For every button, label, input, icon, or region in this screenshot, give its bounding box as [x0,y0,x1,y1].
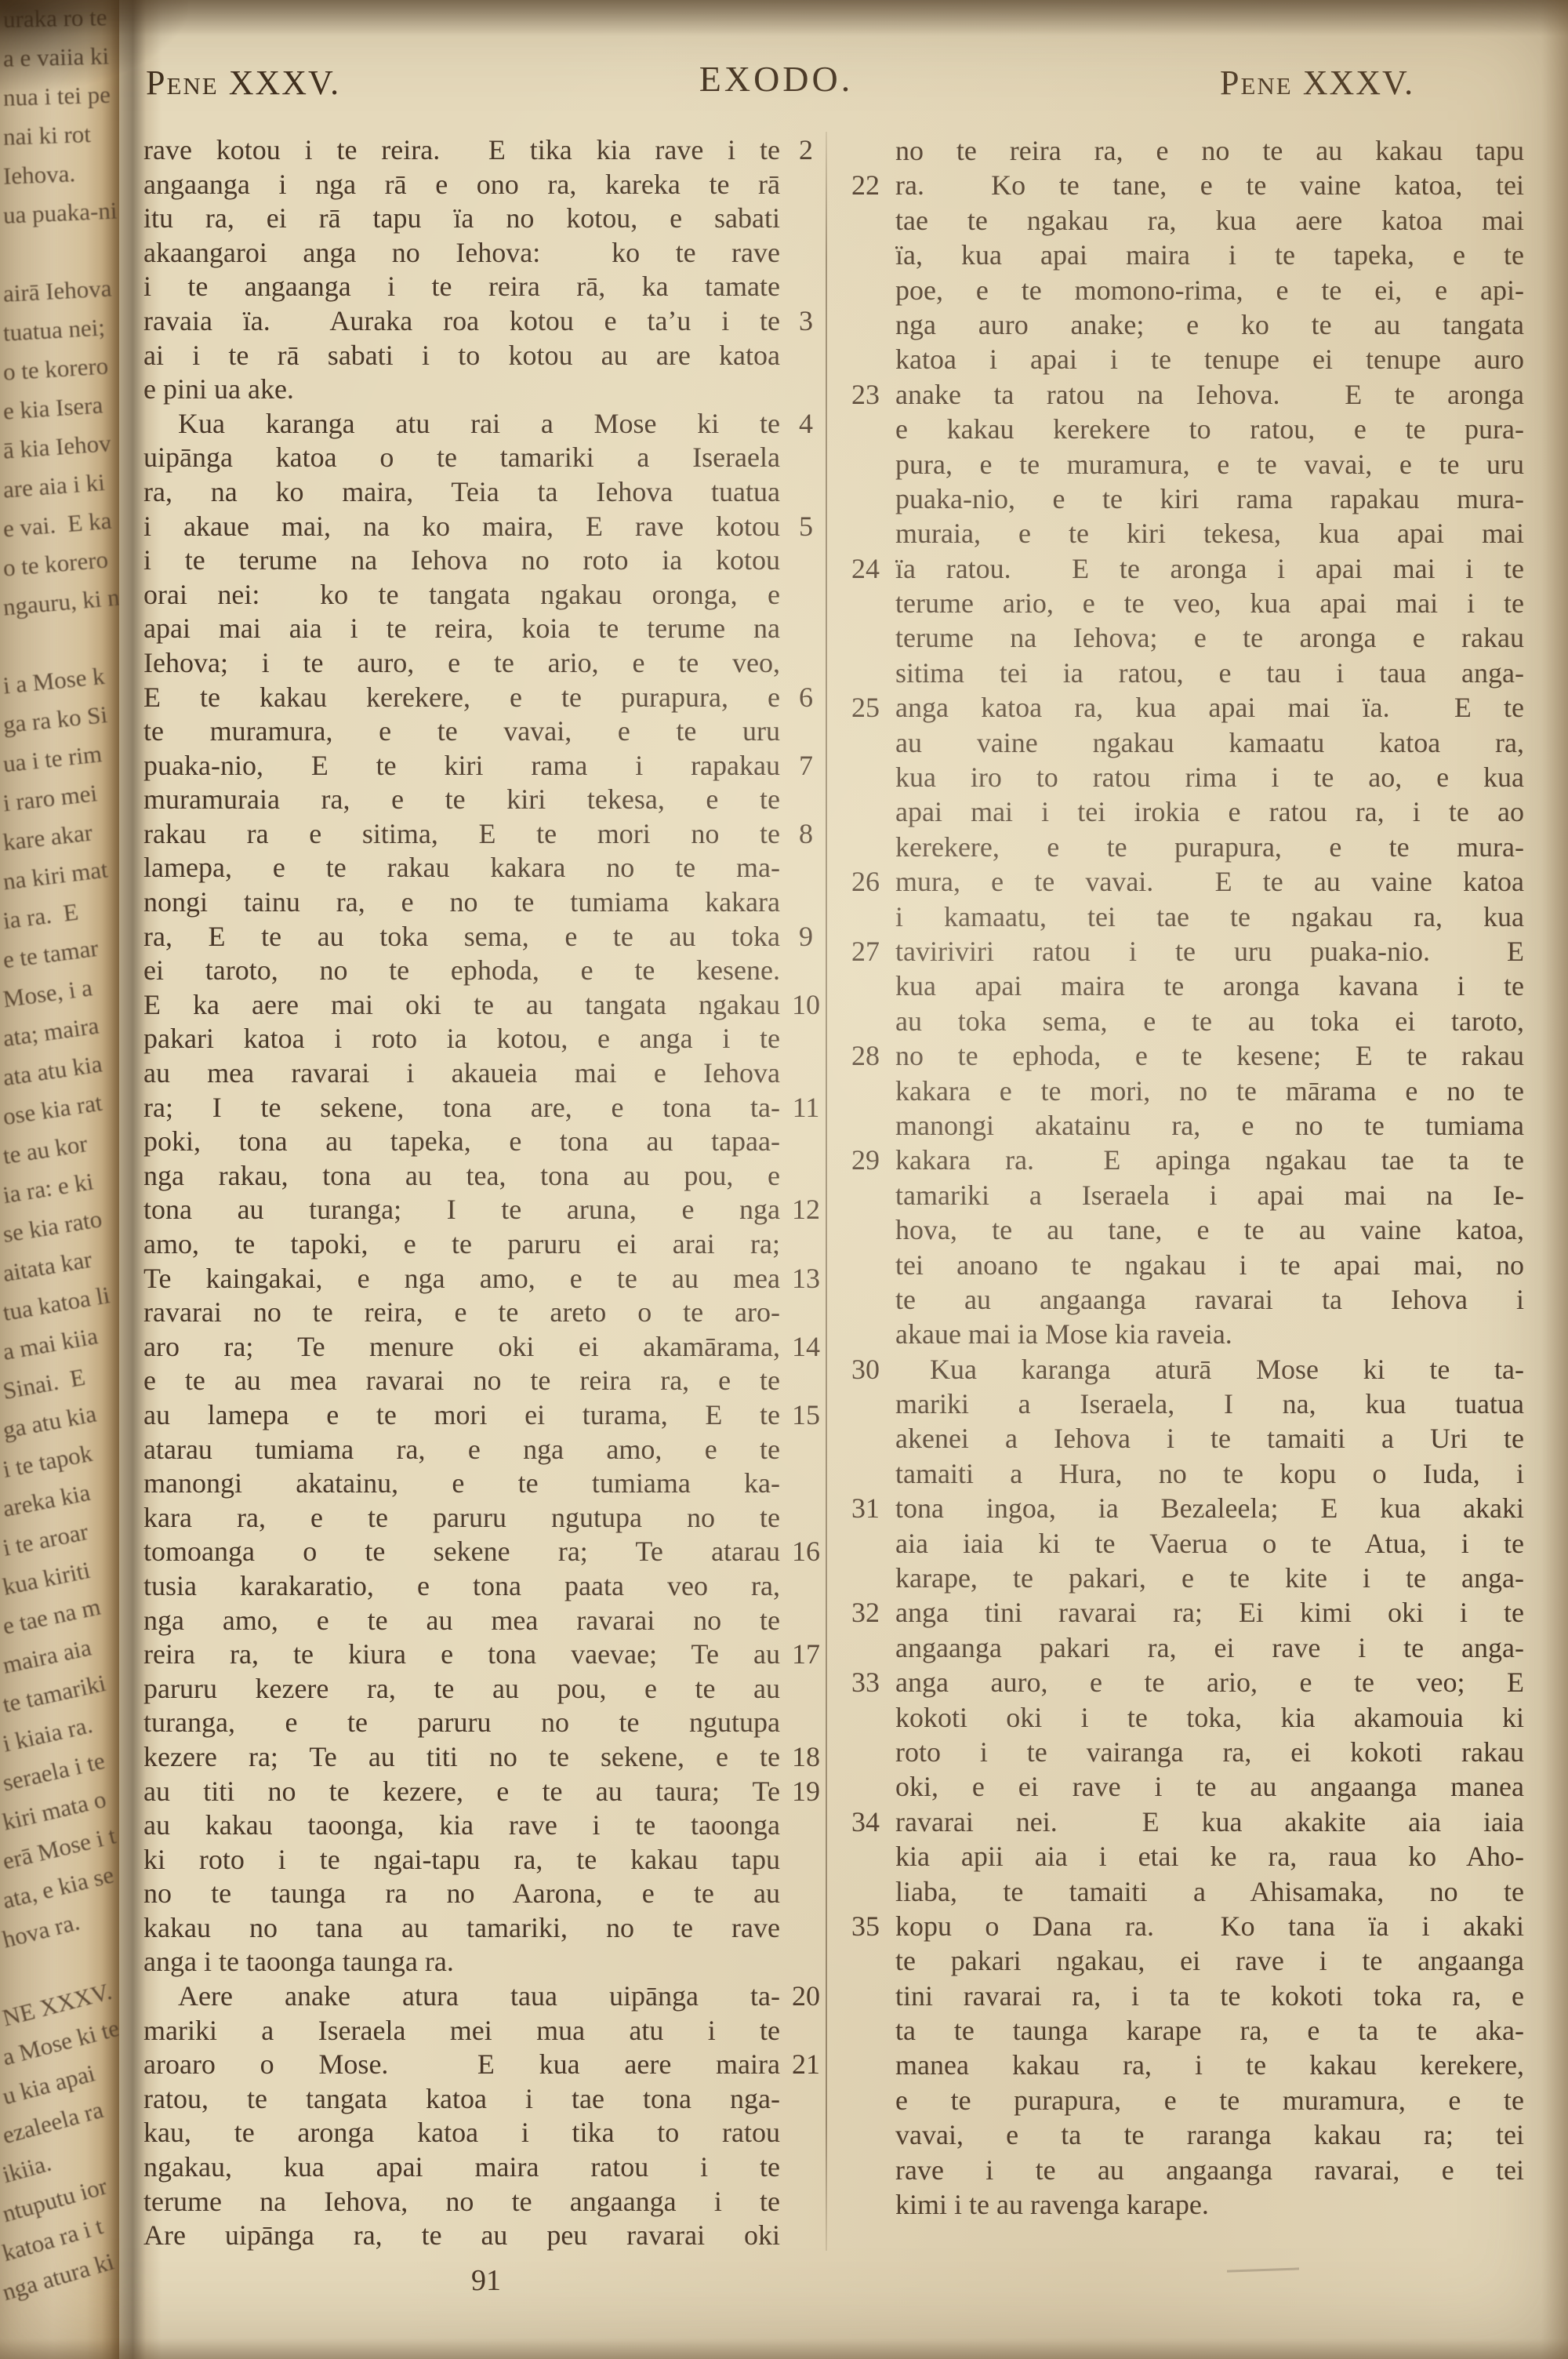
text-line: aia iaia ki te Vaerua o te Atua, i te [851,1526,1524,1561]
text-line: liaba, te tamaiti a Ahisamaka, no te [851,1874,1524,1909]
text-line: e te purapura, e te muramura, e te [851,2083,1524,2117]
verse-number: 15 [780,1398,832,1433]
verse-text: kakau no tana au tamariki, no te rave [143,1911,780,1946]
verse-number: 23 [851,377,895,412]
text-line: puaka-nio, E te kiri rama i rapakau7 [143,749,832,783]
verse-text: uipānga katoa o te tamariki a Iseraela [143,441,780,475]
verse-number [780,885,832,920]
verse-number: 4 [780,407,832,442]
text-line: ra, E te au toka sema, e te au toka9 [143,920,832,954]
verse-text: atarau tumiama ra, e nga amo, e te [143,1433,780,1467]
text-line: nga auro anake; e ko te au tangata [851,307,1524,342]
text-line: manongi akatainu, e te tumiama ka- [143,1467,832,1501]
verse-text: ra. Ko te tane, e te vaine katoa, tei [895,168,1524,202]
text-line: aro ra; Te menure oki ei akamārama,14 [143,1330,832,1365]
verse-text: tamaiti a Hura, no te kopu o Iuda, i [895,1456,1524,1491]
verse-text: i te terume na Iehova no roto ia kotou [143,543,780,578]
text-line: 22ra. Ko te tane, e te vaine katoa, tei [851,168,1524,202]
verse-number [851,794,895,829]
text-line: Iehova; i te auro, e te ario, e te veo, [143,646,832,681]
verse-number [780,1569,832,1604]
verse-number [851,482,895,516]
text-line: karape, te pakari, e te kite i te anga- [851,1561,1524,1595]
verse-text: ei taroto, no te ephoda, e te kesene. [143,954,780,988]
verse-text: anga auro, e te ario, e te veo; E [895,1665,1524,1699]
verse-text: au kakau taoonga, kia rave i te taoonga [143,1808,780,1843]
text-line: tamariki a Iseraela i apai mai na Ie- [851,1178,1524,1212]
text-line: te muramura, e te vavai, e te uru [143,714,832,749]
verse-number [851,238,895,272]
verse-text: terume na Iehova; e te aronga e rakau [895,620,1524,655]
verse-text: tona ingoa, ia Bezaleela; E kua akaki [895,1491,1524,1525]
text-line: reira ra, te kiura e tona vaevae; Te au1… [143,1637,832,1672]
verse-number [851,133,895,168]
verse-number: 35 [851,1909,895,1943]
verse-text: E ka aere mai oki te au tangata ngakau [143,988,780,1023]
verse-text: apai mai i tei irokia e ratou ra, i te a… [895,794,1524,829]
verse-text: te au angaanga ravarai ta Iehova i [895,1282,1524,1317]
verse-text: e te purapura, e te muramura, e te [895,2083,1524,2117]
text-line: katoa i apai i te tenupe ei tenupe auro [851,342,1524,376]
text-line: E te kakau kerekere, e te purapura, e6 [143,681,832,715]
verse-text: aroaro o Mose. E kua aere maira [143,2048,780,2082]
text-line: te au angaanga ravarai ta Iehova i [851,1282,1524,1317]
verse-number: 26 [851,864,895,899]
spine-text-fragment: ua puaka-ni [0,191,119,235]
verse-text: orai nei: ko te tangata ngakau oronga, e [143,578,780,612]
verse-text: katoa i apai i te tenupe ei tenupe auro [895,342,1524,376]
spine-text-fragment [0,230,119,274]
text-line: e kakau kerekere to ratou, e te pura- [851,412,1524,446]
verse-text: kua iro to ratou rima i te ao, e kua [895,760,1524,794]
verse-text: aia iaia ki te Vaerua o te Atua, i te [895,1526,1524,1561]
text-line: akaue mai ia Mose kia raveia. [851,1317,1524,1351]
verse-text: Kua karanga atu rai a Mose ki te [143,407,780,442]
text-line: aroaro o Mose. E kua aere maira21 [143,2048,832,2082]
verse-number [851,1108,895,1143]
text-line: 26mura, e te vavai. E te au vaine katoa [851,864,1524,899]
verse-number [780,236,832,271]
verse-number [851,2117,895,2152]
verse-number: 30 [851,1352,895,1387]
verse-number: 33 [851,1665,895,1699]
verse-text: kimi i te au ravenga karape. [895,2187,1524,2222]
verse-text: muraia, e te kiri tekesa, kua apai mai [895,516,1524,551]
text-line: kezere ra; Te au titi no te sekene, e te… [143,1740,832,1775]
verse-number: 16 [780,1535,832,1569]
verse-text: E te kakau kerekere, e te purapura, e [143,681,780,715]
text-line: 27taviriviri ratou i te uru puaka-nio. E [851,934,1524,969]
verse-number [780,646,832,681]
verse-text: au titi no te kezere, e te au taura; Te [143,1775,780,1809]
verse-number [851,2013,895,2048]
verse-text: Iehova; i te auro, e te ario, e te veo, [143,646,780,681]
text-line: rave kotou i te reira. E tika kia rave i… [143,133,832,168]
text-line: apai mai aia i te reira, koia te terume … [143,612,832,646]
verse-number [851,760,895,794]
spine-text-fragment: uraka ro te [0,0,119,39]
text-line: i akaue mai, na ko maira, E rave kotou5 [143,510,832,544]
verse-text: mariki a Iseraela, I na, kua tuatua [895,1387,1524,1421]
spine-text-fragment: nua i tei pe [0,75,119,118]
text-line: amo, te tapoki, e te paruru ei arai ra; [143,1227,832,1262]
verse-number: 34 [851,1805,895,1839]
verse-text: kara ra, e te paruru ngutupa no te [143,1501,780,1536]
text-line: ngakau, kua apai maira ratou i te [143,2150,832,2185]
spine-text-fragment: a e vaiia ki [0,36,119,78]
verse-text: e pini ua ake. [143,373,780,407]
text-line: Te kaingakai, e nga amo, e te au mea13 [143,1262,832,1296]
verse-text: au vaine ngakau kamaatu katoa ra, [895,725,1524,760]
text-line: pakari katoa i roto ia kotou, e anga i t… [143,1022,832,1056]
text-line: kara ra, e te paruru ngutupa no te [143,1501,832,1536]
verse-text: muramuraia ra, e te kiri tekesa, e te [143,783,780,817]
verse-text: Aere anake atura taua uipānga ta- [143,1979,780,2014]
verse-number [851,830,895,864]
text-line: mariki a Iseraela mei mua atu i te [143,2014,832,2048]
verse-text: kerekere, e te purapura, e te mura- [895,830,1524,864]
text-line: terume ario, e te veo, kua apai mai i te [851,586,1524,620]
verse-text: anga katoa ra, kua apai mai ïa. E te [895,690,1524,725]
spine-text-fragment: Iehova. [0,152,119,196]
verse-number: 19 [780,1775,832,1809]
verse-text: nga amo, e te au mea ravarai no te [143,1604,780,1638]
text-line: nongi tainu ra, e no te tumiama kakara [143,885,832,920]
verse-number [780,714,832,749]
verse-text: akenei a Iehova i te tamaiti a Uri te [895,1421,1524,1456]
verse-text: karape, te pakari, e te kite i te anga- [895,1561,1524,1595]
text-line: kakau no tana au tamariki, no te rave [143,1911,832,1946]
text-line: mariki a Iseraela, I na, kua tuatua [851,1387,1524,1421]
text-line: e pini ua ake. [143,373,832,407]
text-line: tomoanga o te sekene ra; Te atarau16 [143,1535,832,1569]
verse-number [851,2048,895,2082]
verse-number [851,2153,895,2187]
text-line: tamaiti a Hura, no te kopu o Iuda, i [851,1456,1524,1491]
verse-text: akaue mai ia Mose kia raveia. [895,1317,1524,1351]
verse-text: anga i te taoonga taunga ra. [143,1945,780,1979]
verse-text: manongi akatainu, e te tumiama ka- [143,1467,780,1501]
text-line: au toka sema, e te au toka ei taroto, [851,1004,1524,1038]
verse-text: ra, na ko maira, Teia ta Iehova tuatua [143,475,780,510]
verse-number: 10 [780,988,832,1023]
stray-mark [1227,2267,1299,2272]
text-line: 30Kua karanga aturā Mose ki te ta- [851,1352,1524,1387]
text-line: 34ravarai nei. E kua akakite aia iaia [851,1805,1524,1839]
text-line: kimi i te au ravenga karape. [851,2187,1524,2222]
verse-text: poki, tona au tapeka, e tona au tapaa- [143,1125,780,1159]
text-line: ta te taunga karape ra, e ta te aka- [851,2013,1524,2048]
top-edge-shadow [0,0,1568,36]
verse-number [780,1022,832,1056]
verse-number: 21 [780,2048,832,2082]
text-line: ravaia ïa. Auraka roa kotou e ta’u i te3 [143,304,832,339]
text-line: 25anga katoa ra, kua apai mai ïa. E te [851,690,1524,725]
verse-number [851,2187,895,2222]
text-line: ra; I te sekene, tona are, e tona ta-11 [143,1091,832,1125]
text-line: muramuraia ra, e te kiri tekesa, e te [143,783,832,817]
verse-number: 7 [780,749,832,783]
verse-number: 9 [780,920,832,954]
verse-number [780,1843,832,1877]
verse-number [780,1604,832,1638]
verse-number [851,1421,895,1456]
text-line: kua apai maira te aronga kavana i te [851,969,1524,1003]
verse-text: tei anoano te ngakau i te apai mai, no [895,1248,1524,1282]
verse-text: nga auro anake; e ko te au tangata [895,307,1524,342]
verse-text: tusia karakaratio, e tona paata veo ra, [143,1569,780,1604]
verse-number [851,273,895,307]
text-line: sitima tei ia ratou, e tau i taua anga- [851,656,1524,690]
verse-number [780,1364,832,1398]
verse-text: no te reira ra, e no te au kakau tapu [895,133,1524,168]
verse-number [851,2083,895,2117]
verse-text: Are uipānga ra, te au peu ravarai oki [143,2219,780,2253]
verse-text: au lamepa e te mori ei turama, E te [143,1398,780,1433]
verse-number: 2 [780,133,832,168]
text-line: tae te ngakau ra, kua aere katoa mai [851,203,1524,238]
text-line: Kua karanga atu rai a Mose ki te4 [143,407,832,442]
verse-number [851,1387,895,1421]
verse-text: i te angaanga i te reira rā, ka tamate [143,270,780,304]
verse-text: no te ephoda, e te kesene; E te rakau [895,1038,1524,1073]
verse-number [780,1159,832,1194]
verse-number [851,1074,895,1108]
text-line: puaka-nio, e te kiri rama rapakau mura- [851,482,1524,516]
verse-text: terume na Iehova, no te angaanga i te [143,2185,780,2219]
text-line: ratou, te tangata katoa i tae tona nga- [143,2082,832,2117]
text-line: ki roto i te ngai-tapu ra, te kakau tapu [143,1843,832,1877]
verse-number [851,900,895,934]
verse-text: ïa ratou. E te aronga i apai mai i te [895,551,1524,586]
verse-text: tamariki a Iseraela i apai mai na Ie- [895,1178,1524,1212]
verse-number: 14 [780,1330,832,1365]
text-line: angaanga pakari ra, ei rave i te anga- [851,1630,1524,1665]
text-line: 32anga tini ravarai ra; Ei kimi oki i te [851,1595,1524,1630]
text-line: atarau tumiama ra, e nga amo, e te [143,1433,832,1467]
verse-text: ngakau, kua apai maira ratou i te [143,2150,780,2185]
verse-number [780,612,832,646]
verse-text: poe, e te momono-rima, e te ei, e api- [895,273,1524,307]
text-line: kia apii aia i etai ke ra, raua ko Aho- [851,1839,1524,1874]
verse-number [851,1561,895,1595]
verse-number [851,1456,895,1491]
spine-text-fragment: nai ki rot [0,114,119,157]
verse-text: au mea ravarai i akaueia mai e Iehova [143,1056,780,1091]
text-line: no te reira ra, e no te au kakau tapu [851,133,1524,168]
verse-number: 32 [851,1595,895,1630]
text-line: kakara e te mori, no te mārama e no te [851,1074,1524,1108]
text-line: poe, e te momono-rima, e te ei, e api- [851,273,1524,307]
text-line: 35kopu o Dana ra. Ko tana ïa i akaki [851,1909,1524,1943]
verse-text: kakara ra. E apinga ngakau tae ta te [895,1143,1524,1177]
column-divider [826,132,827,2251]
verse-number [780,1296,832,1330]
text-line: lamepa, e te rakau kakara no te ma- [143,851,832,885]
spine-text-fragment: airā Iehova [0,268,119,314]
book-page: uraka ro tea e vaiia kinua i tei penai k… [0,0,1568,2359]
text-line: E ka aere mai oki te au tangata ngakau10 [143,988,832,1023]
verse-number [780,2185,832,2219]
text-line: 24ïa ratou. E te aronga i apai mai i te [851,551,1524,586]
verse-text: kakara e te mori, no te mārama e no te [895,1074,1524,1108]
text-line: akaangaroi anga no Iehova: ko te rave [143,236,832,271]
verse-text: lamepa, e te rakau kakara no te ma- [143,851,780,885]
verse-number [851,307,895,342]
verse-text: i akaue mai, na ko maira, E rave kotou [143,510,780,544]
text-line: oki, e ei rave i te au angaanga manea [851,1769,1524,1804]
verse-text: puaka-nio, E te kiri rama i rapakau [143,749,780,783]
bottom-edge-shadow [0,2339,1568,2359]
verse-text: terume ario, e te veo, kua apai mai i te [895,586,1524,620]
verse-text: aro ra; Te menure oki ei akamārama, [143,1330,780,1365]
verse-number [780,1056,832,1091]
page-number: 91 [408,2263,564,2298]
text-line: ïa, kua apai maira i te tapeka, e te [851,238,1524,272]
verse-text: puaka-nio, e te kiri rama rapakau mura- [895,482,1524,516]
verse-text: Te kaingakai, e nga amo, e te au mea [143,1262,780,1296]
verse-number: 20 [780,1979,832,2014]
verse-text: manongi akatainu ra, e no te tumiama [895,1108,1524,1143]
verse-text: nga rakau, tona au tea, tona au pou, e [143,1159,780,1194]
verse-number [780,2082,832,2117]
verse-number: 12 [780,1193,832,1227]
text-line: manea kakau ra, i te kakau kerekere, [851,2048,1524,2082]
text-line: 29kakara ra. E apinga ngakau tae ta te [851,1143,1524,1177]
text-line: kerekere, e te purapura, e te mura- [851,830,1524,864]
verse-text: turanga, e te paruru no te ngutupa [143,1706,780,1740]
verse-text: angaanga pakari ra, ei rave i te anga- [895,1630,1524,1665]
verse-text: hova, te au tane, e te au vaine katoa, [895,1212,1524,1247]
text-line: 33anga auro, e te ario, e te veo; E [851,1665,1524,1699]
verse-number [780,202,832,236]
verse-text: tae te ngakau ra, kua aere katoa mai [895,203,1524,238]
verse-text: no te taunga ra no Aarona, e te au [143,1877,780,1911]
text-line: hova, te au tane, e te au vaine katoa, [851,1212,1524,1247]
text-line: kokoti oki i te toka, kia akamouia ki [851,1700,1524,1735]
verse-number [851,586,895,620]
verse-text: kau, te aronga katoa i tika to ratou [143,2116,780,2150]
verse-text: tona au turanga; I te aruna, e nga [143,1193,780,1227]
verse-number [851,203,895,238]
verse-text: te muramura, e te vavai, e te uru [143,714,780,749]
verse-text: kezere ra; Te au titi no te sekene, e te [143,1740,780,1775]
verse-number [851,1630,895,1665]
verse-text: anake ta ratou na Iehova. E te aronga [895,377,1524,412]
verse-number [851,1212,895,1247]
text-line: ravarai no te reira, e te areto o te aro… [143,1296,832,1330]
text-line: tusia karakaratio, e tona paata veo ra, [143,1569,832,1604]
verse-text: ravarai no te reira, e te areto o te aro… [143,1296,780,1330]
text-line: turanga, e te paruru no te ngutupa [143,1706,832,1740]
verse-number [780,441,832,475]
verse-number [780,1125,832,1159]
text-line: au kakau taoonga, kia rave i te taoonga [143,1808,832,1843]
verse-number [851,1979,895,2013]
verse-text: nongi tainu ra, e no te tumiama kakara [143,885,780,920]
running-head-right: Pene XXXV. [1220,63,1414,103]
verse-number: 18 [780,1740,832,1775]
text-line: i kamaatu, tei tae te ngakau ra, kua [851,900,1524,934]
verse-number: 28 [851,1038,895,1073]
verse-number [851,1178,895,1212]
right-edge-shadow [1541,0,1568,2359]
text-line: Aere anake atura taua uipānga ta-20 [143,1979,832,2014]
verse-text: apai mai aia i te reira, koia te terume … [143,612,780,646]
verse-text: manea kakau ra, i te kakau kerekere, [895,2048,1524,2082]
left-column: rave kotou i te reira. E tika kia rave i… [143,133,832,2253]
verse-number: 8 [780,817,832,852]
text-line: paruru kezere ra, te au pou, e te au [143,1672,832,1707]
verse-text: sitima tei ia ratou, e tau i taua anga- [895,656,1524,690]
verse-text: ratou, te tangata katoa i tae tona nga- [143,2082,780,2117]
verse-number [851,1317,895,1351]
verse-number: 6 [780,681,832,715]
text-line: no te taunga ra no Aarona, e te au [143,1877,832,1911]
text-line: manongi akatainu ra, e no te tumiama [851,1108,1524,1143]
text-line: anga i te taoonga taunga ra. [143,1945,832,1979]
verse-number [851,1004,895,1038]
verse-text: kopu o Dana ra. Ko tana ïa i akaki [895,1909,1524,1943]
verse-number: 25 [851,690,895,725]
text-line: au lamepa e te mori ei turama, E te15 [143,1398,832,1433]
text-line: nga rakau, tona au tea, tona au pou, e [143,1159,832,1194]
text-line: pura, e te muramura, e te vavai, e te ur… [851,447,1524,482]
verse-number [780,270,832,304]
text-line: terume na Iehova; e te aronga e rakau [851,620,1524,655]
verse-number [780,2150,832,2185]
verse-text: rakau ra e sitima, E te mori no te [143,817,780,852]
verse-text: reira ra, te kiura e tona vaevae; Te au [143,1637,780,1672]
verse-number: 13 [780,1262,832,1296]
verse-text: rave kotou i te reira. E tika kia rave i… [143,133,780,168]
verse-text: kia apii aia i etai ke ra, raua ko Aho- [895,1839,1524,1874]
verse-number [780,373,832,407]
verse-text: vavai, e ta te raranga kakau ra; tei [895,2117,1524,2152]
verse-text: taviriviri ratou i te uru puaka-nio. E [895,934,1524,969]
text-line: orai nei: ko te tangata ngakau oronga, e [143,578,832,612]
text-line: roto i te vairanga ra, ei kokoti rakau [851,1735,1524,1769]
text-line: poki, tona au tapeka, e tona au tapaa- [143,1125,832,1159]
text-line: tona au turanga; I te aruna, e nga12 [143,1193,832,1227]
text-line: kua iro to ratou rima i te ao, e kua [851,760,1524,794]
verse-text: amo, te tapoki, e te paruru ei arai ra; [143,1227,780,1262]
verse-number [851,516,895,551]
verse-text: paruru kezere ra, te au pou, e te au [143,1672,780,1707]
verse-text: oki, e ei rave i te au angaanga manea [895,1769,1524,1804]
verse-text: mariki a Iseraela mei mua atu i te [143,2014,780,2048]
text-line: rave i te au angaanga ravarai, e tei [851,2153,1524,2187]
verse-number [780,543,832,578]
verse-number: 17 [780,1637,832,1672]
text-line: kau, te aronga katoa i tika to ratou [143,2116,832,2150]
verse-number: 5 [780,510,832,544]
verse-number [780,1877,832,1911]
verse-number [851,1282,895,1317]
text-line: i te terume na Iehova no roto ia kotou [143,543,832,578]
verse-text: ai i te rā sabati i to kotou au are kato… [143,339,780,373]
verse-number [851,1700,895,1735]
verse-number [851,1248,895,1282]
text-line: terume na Iehova, no te angaanga i te [143,2185,832,2219]
text-line: rakau ra e sitima, E te mori no te8 [143,817,832,852]
verse-number: 29 [851,1143,895,1177]
verse-text: ravarai nei. E kua akakite aia iaia [895,1805,1524,1839]
verse-text: tini ravarai ra, i ta te kokoti toka ra,… [895,1979,1524,2013]
verse-text: ra; I te sekene, tona are, e tona ta- [143,1091,780,1125]
verse-number [780,475,832,510]
verse-text: ki roto i te ngai-tapu ra, te kakau tapu [143,1843,780,1877]
